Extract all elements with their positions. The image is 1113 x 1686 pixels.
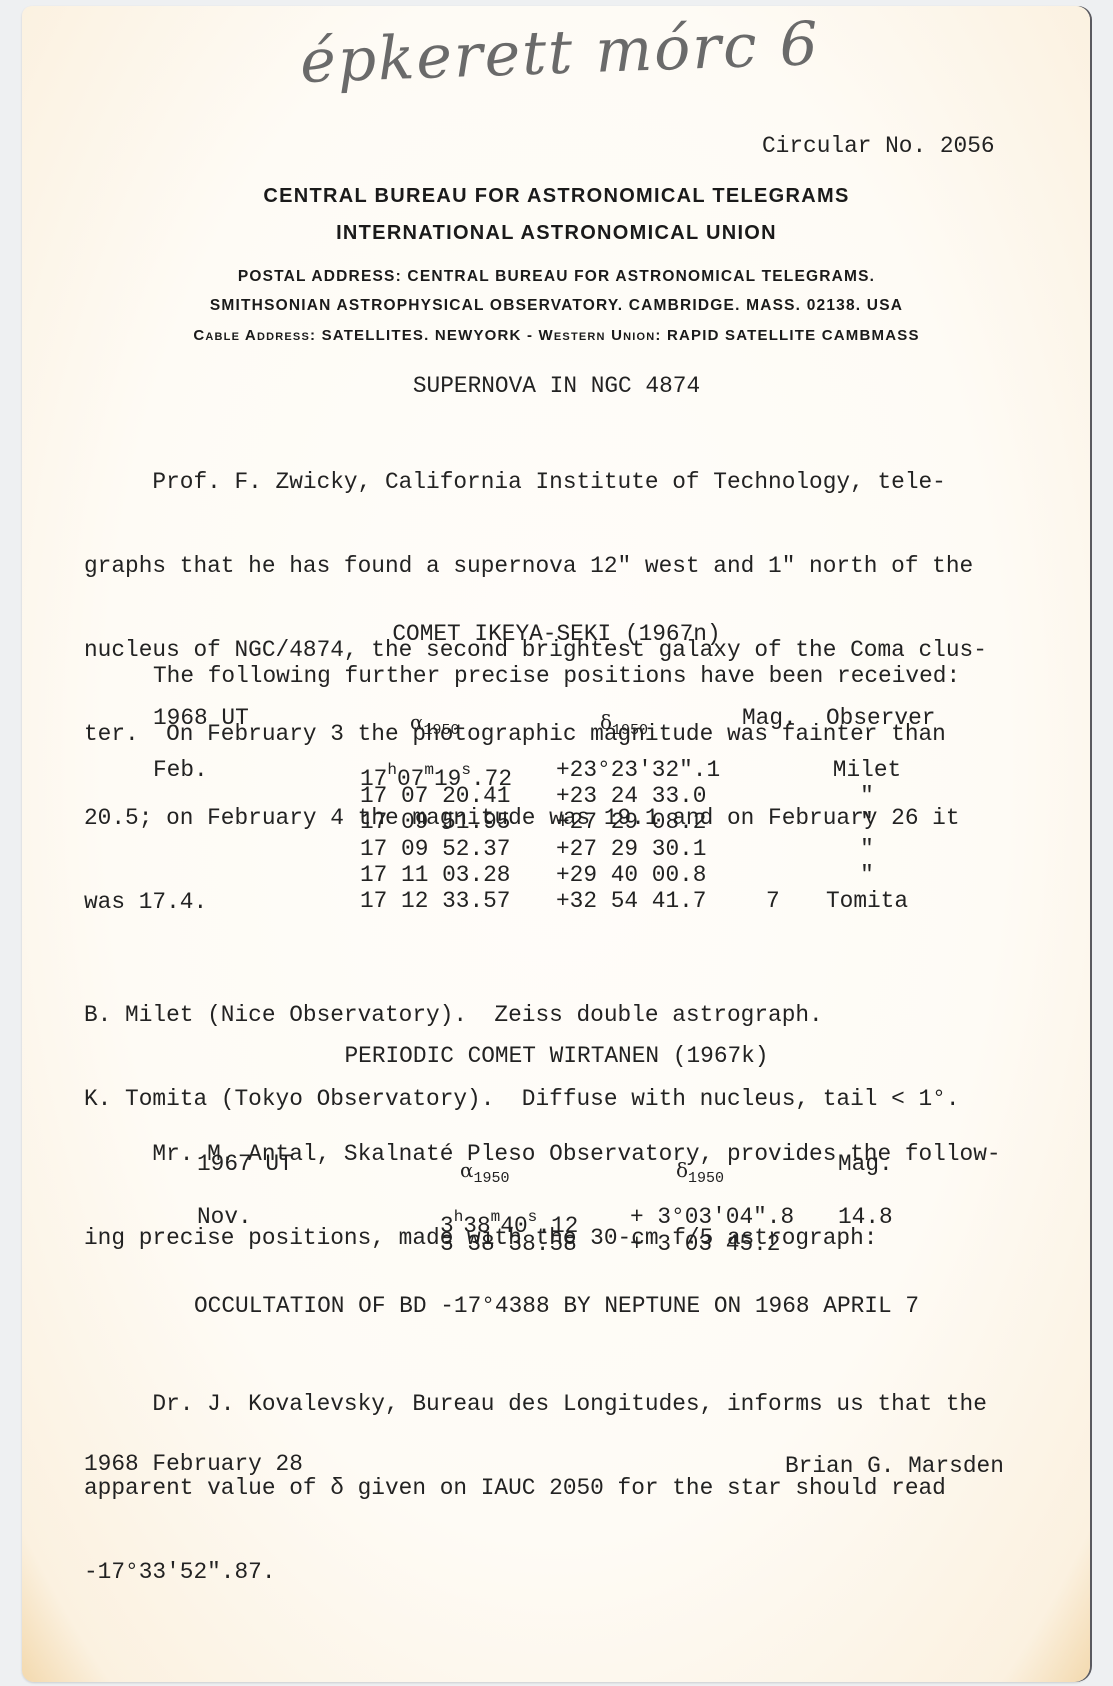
ikeya-seki-intro: The following further precise positions … [153,662,960,690]
dec-cell: +27 29 08.2 [556,808,706,836]
ra-cell: 17 07 20.41 [360,782,510,810]
ikeya-seki-title: COMET IKEYA-SEKI (1967n) [0,620,1113,648]
letterhead-cable: Cable Address: SATELLITES. NEWYORK - Wes… [0,327,1113,344]
mag-cell: 7 [766,887,780,915]
dec-cell: +29 40 00.8 [556,861,706,889]
wirtanen-header-dec: δ1950 [676,1156,724,1193]
month-cell: Feb. [153,756,208,784]
observer-cell: " [812,861,922,889]
ra-cell: 17 11 03.28 [360,861,510,889]
supernova-title: SUPERNOVA IN NGC 4874 [0,372,1113,400]
ikeya-header-dec: δ1950 [600,708,648,745]
occultation-title: OCCULTATION OF BD -17°4388 BY NEPTUNE ON… [0,1292,1113,1320]
wirtanen-title: PERIODIC COMET WIRTANEN (1967k) [0,1042,1113,1070]
second-mark: s [528,1208,538,1226]
observer-cell: Milet [812,756,922,784]
observer-cell: " [812,835,922,863]
hour-mark: h [387,761,397,779]
ikeya-header-mag: Mag. [742,704,797,732]
occultation-line: -17°33'52".87. [84,1558,987,1586]
wirtanen-header-time: 1967 UT [197,1150,293,1178]
dec-cell: +32 54 41.7 [556,887,706,915]
observer-cell: " [812,782,922,810]
footer-date: 1968 February 28 [84,1450,303,1478]
wirtanen-header-mag: Mag. [838,1150,893,1178]
letterhead-postal-1: POSTAL ADDRESS: CENTRAL BUREAU FOR ASTRO… [0,268,1113,286]
footer-signature: Brian G. Marsden [785,1452,1004,1480]
supernova-line: Prof. F. Zwicky, California Institute of… [84,468,987,496]
ikeya-header-observer: Observer [826,704,935,732]
ikeya-header-time: 1968 UT [153,704,249,732]
minute-mark: m [491,1208,501,1226]
letterhead-bureau: CENTRAL BUREAU FOR ASTRONOMICAL TELEGRAM… [0,185,1113,208]
minute-mark: m [424,761,434,779]
dec-cell: +27 29 30.1 [556,835,706,863]
supernova-line: graphs that he has found a supernova 12"… [84,552,987,580]
hour-mark: h [454,1208,464,1226]
dec-cell: +23°23'32".1 [556,756,720,784]
mag-cell: 14.8 [838,1203,893,1231]
ra-cell: 3 38 38.58 [440,1230,577,1258]
dec-cell: + 3°03'04".8 [630,1203,794,1231]
observer-cell: Tomita [812,887,922,915]
second-mark: s [461,761,471,779]
letterhead-union: INTERNATIONAL ASTRONOMICAL UNION [0,222,1113,245]
note-milet: B. Milet (Nice Observatory). Zeiss doubl… [84,1001,960,1029]
circular-number: Circular No. 2056 [762,132,995,160]
dec-cell: + 3 03 45.2 [630,1230,780,1258]
letterhead-postal-2: SMITHSONIAN ASTROPHYSICAL OBSERVATORY. C… [0,297,1113,315]
month-cell: Nov. [197,1203,252,1231]
observer-cell: " [812,808,922,836]
ra-cell: 17 09 51.95 [360,808,510,836]
ikeya-header-ra: α1950 [410,708,460,745]
wirtanen-header-ra: α1950 [460,1156,510,1193]
ra-cell: 17 12 33.57 [360,887,510,915]
ra-cell: 17 09 52.37 [360,835,510,863]
dec-cell: +23 24 33.0 [556,782,706,810]
occultation-line: Dr. J. Kovalevsky, Bureau des Longitudes… [84,1390,987,1418]
